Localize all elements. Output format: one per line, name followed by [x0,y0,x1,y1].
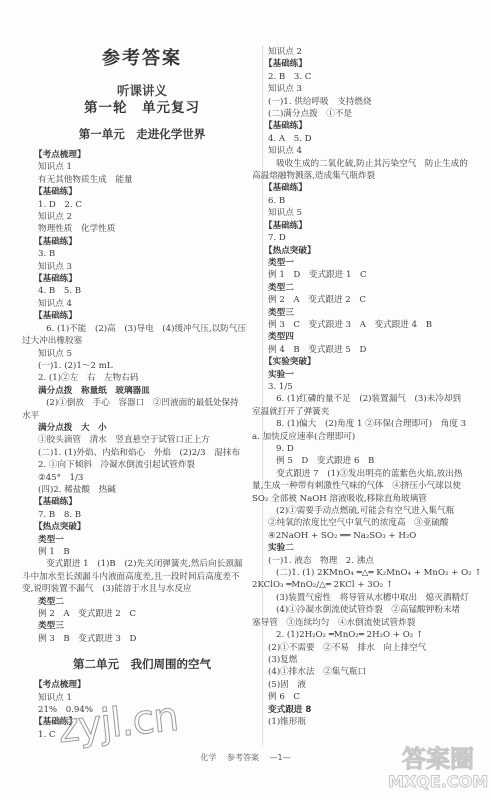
answer-line: (2)①不需要 ②不易 排水 向上排空气 [268,642,468,654]
answer-line: (2)①倒放 手心 容器口 ②凹液面的最低处保持水平 [22,397,246,422]
unit-1-title: 第一单元 走进化学世界 [38,125,246,143]
answer-line: 知识点 4 [268,145,468,157]
answer-line: (二)1. (1) 2KMnO₄ ═△═ K₂MnO₄ + MnO₂ + O₂ … [268,567,468,579]
answer-line: (2)①需要手动点燃硫,可能会有空气进入集气瓶 [268,505,468,517]
answer-line: 2. B 3. C [268,71,468,83]
answer-line: 例 2 A 变式跟进 2 C [268,294,468,306]
subsection-heading: 变式跟进 8 [268,704,468,716]
answer-line: ①胶头滴管 清水 竖直悬空于试管口正上方 [38,434,246,446]
answer-line: (1)锥形瓶 [268,716,468,728]
section-heading: 【考点梳理】 [34,149,246,161]
section-heading: 【实验突破】 [264,356,468,368]
answer-line: 2. (1)2H₂O₂ ═MnO₂═ 2H₂O + O₂ ↑ [268,629,468,641]
answer-line: 1. D 2. C [38,199,246,211]
answer-line: 2. (1)②左 右 左物右码 [38,372,246,384]
answer-line: 例 4 B 变式跟进 5 D [268,344,468,356]
answer-line: (二)满分点拨 ①不是 [268,108,468,120]
answer-line: 知识点 4 [38,298,246,310]
section-heading: 【基础练】 [34,273,246,285]
answer-line: (二)1. (1)外焰、内焰和焰心 外焰 (2)2/3 湿抹布 [38,447,246,459]
subsection-heading: 类型三 [38,620,246,632]
answer-line: 知识点 2 [38,211,246,223]
answer-line: (一)1. 供给呼吸 支持燃烧 [268,96,468,108]
round-title: 第一轮 单元复习 [38,99,246,117]
answer-line: 有无其他物质生成 能量 [38,174,246,186]
answer-line: ②45° 1/3 [38,472,246,484]
footer-section: 参考答案 [227,753,259,762]
answer-line: 6. (1)红磷的量不足 (2)装置漏气 (3)未冷却到室温就打开了弹簧夹 [252,393,468,418]
watermark-mxqe-logo: 答案圈 [388,745,488,773]
footer-page-number: —1— [270,753,291,762]
section-heading: 【热点突破】 [34,521,246,533]
answer-line: 例 2 A 变式跟进 2 C [38,608,246,620]
answer-line: 2. ①向下倾斜 冷凝水倒流引起试管炸裂 [38,459,246,471]
answer-line: (4)①排水法 ②集气瓶口 [268,666,468,678]
watermark-mxqe-url: MXQE.COM [388,773,488,791]
subsection-heading: 类型二 [268,282,468,294]
answer-line: 知识点 5 [268,207,468,219]
document-page: 参考答案 听课讲义 第一轮 单元复习 第一单元 走进化学世界 【考点梳理】知识点… [0,0,491,800]
answer-line: 知识点 5 [38,348,246,360]
answer-line: (4)①冷凝水倒流使试管炸裂 ②高锰酸钾粉末堵塞导管 ③连续均匀 ④水倒流使试管… [252,604,468,629]
section-heading: 【基础练】 [264,220,468,232]
subsection-heading: 类型三 [268,307,468,319]
section-heading: 【基础练】 [34,236,246,248]
answer-line: 例 1 D 变式跟进 1 C [268,269,468,281]
answer-line: (一)1. 液态 物理 2. 沸点 [268,555,468,567]
answer-line: ④2NaOH + SO₂ ══ Na₂SO₃ + H₂O [268,530,468,542]
subsection-heading: 类型四 [268,331,468,343]
section-subtitle: 听课讲义 [38,82,246,99]
answer-line: 满分点拨 大 小 [38,422,246,434]
answer-line: 例 3 C 变式跟进 3 A 变式跟进 4 B [268,319,468,331]
answer-line: (3)复燃 [268,654,468,666]
answer-line: 例 6 C [268,691,468,703]
answer-line: 6. (1)不能 (2)高 (3)导电 (4)缓冲气压,以防气压过大冲出橡胶塞 [22,323,246,348]
answer-line: 4. A 5. D [268,133,468,145]
section-heading: 【热点突破】 [264,245,468,257]
unit-2-title: 第二单元 我们周围的空气 [38,655,246,673]
answer-line: (5)固 液 [268,679,468,691]
section-heading: 【基础练】 [34,496,246,508]
answer-line: 9. D [268,443,468,455]
answer-line: 变式跟进 1 (1)B (2)先关闭弹簧夹,然后向长颈漏斗中加水至长颈漏斗内液面… [22,558,246,595]
section-heading: 【基础练】 [34,186,246,198]
section-heading: 【基础练】 [34,310,246,322]
answer-line: 8. (1)偏大 (2)角度 1 ②环保(合理即可) 角度 3 a. 加快反应速… [252,418,468,443]
right-answers: 知识点 2【基础练】2. B 3. C知识点 3(一)1. 供给呼吸 支持燃烧(… [268,46,468,728]
watermark-mxqe: 答案圈 MXQE.COM [388,745,488,791]
section-heading: 【考点梳理】 [34,679,246,691]
answer-line: 吸收生成的二氧化硫,防止其污染空气 防止生成的高温熔融物溅落,造成集气瓶炸裂 [252,158,468,183]
answer-line: 6. B [268,195,468,207]
subsection-heading: 类型一 [38,534,246,546]
answer-line: 4. B 5. B [38,285,246,297]
footer-subject: 化学 [200,753,216,762]
subsection-heading: 实验一 [268,369,468,381]
section-heading: 【基础练】 [264,58,468,70]
answer-line: 满分点拨 称量纸 玻璃器皿 [38,385,246,397]
answer-line: 变式跟进 7 (1)③发出明亮的蓝紫色火焰,放出热量,生成一种带有刺激性气味的气… [252,468,468,505]
left-column: 参考答案 听课讲义 第一轮 单元复习 第一单元 走进化学世界 【考点梳理】知识点… [38,48,246,741]
subsection-heading: 类型一 [268,257,468,269]
answer-line: 3. B [38,248,246,260]
answer-line: (四)2. 稀盐酸 热碱 [38,484,246,496]
answer-line: 7. D [268,232,468,244]
unit-1-answers: 【考点梳理】知识点 1有无其他物质生成 能量【基础练】1. D 2. C知识点 … [38,149,246,645]
answer-line: 例 3 B 变式跟进 3 D [38,633,246,645]
answer-line: ②纯氧的浓度比空气中氧气的浓度高 ③亚硫酸 [268,517,468,529]
answer-line: (一)1. (2)1～2 mL [38,360,246,372]
answer-line: 7. B 8. B [38,509,246,521]
answer-line: 例 1 B [38,546,246,558]
answer-line: 例 5 D 变式跟进 6 B [268,455,468,467]
answer-line: 知识点 2 [268,46,468,58]
answer-line: 知识点 1 [38,161,246,173]
answer-line: 物理性质 化学性质 [38,223,246,235]
answer-line: 知识点 3 [38,261,246,273]
section-heading: 【基础练】 [264,120,468,132]
subsection-heading: 类型二 [38,596,246,608]
answer-line: 知识点 3 [268,83,468,95]
section-heading: 【基础练】 [264,182,468,194]
subsection-heading: 实验二 [268,542,468,554]
answer-line: 2KClO₃ ═MnO₂/△═ 2KCl + 3O₂ ↑ [252,579,468,591]
answer-line: (3)装置气密性 将导管从水槽中取出 熄灭酒精灯 [268,592,468,604]
page-title: 参考答案 [38,48,246,70]
answer-line: 3. 1/5 [268,381,468,393]
right-column: 知识点 2【基础练】2. B 3. C知识点 3(一)1. 供给呼吸 支持燃烧(… [268,46,468,728]
